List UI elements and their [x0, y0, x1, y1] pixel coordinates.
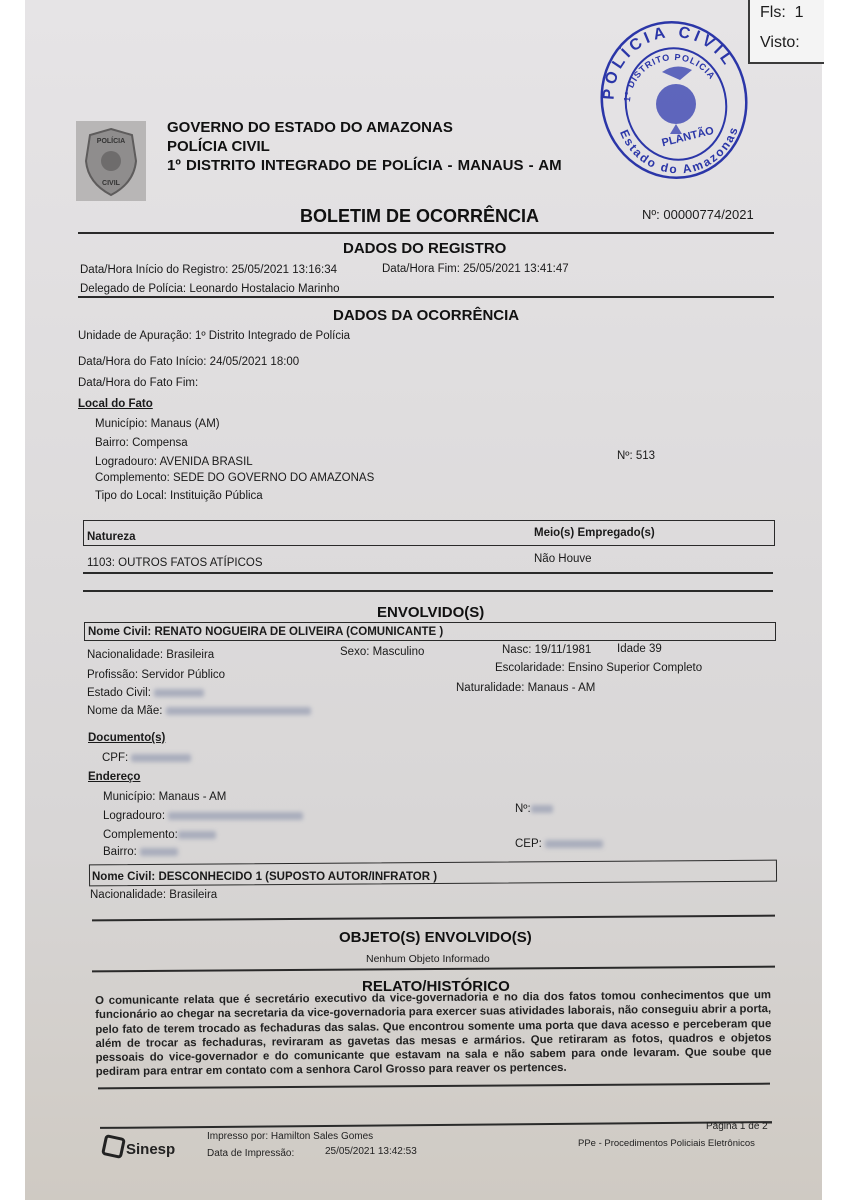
- local-municipio: Município: Manaus (AM): [95, 418, 220, 430]
- fls-label: Fls: 1: [760, 4, 804, 22]
- divider: [83, 590, 773, 592]
- redacted-value: [178, 831, 216, 839]
- registro-inicio: Data/Hora Início do Registro: 25/05/2021…: [80, 264, 337, 276]
- footer-impresso-por: Impresso por: Hamilton Sales Gomes: [207, 1131, 373, 1142]
- meios-value: Não Houve: [534, 553, 592, 565]
- header-agency: POLÍCIA CIVIL: [167, 137, 270, 156]
- fato-fim: Data/Hora do Fato Fim:: [78, 377, 198, 389]
- envolvido-1-profissao: Profissão: Servidor Público: [87, 669, 225, 681]
- header-district: 1º DISTRITO INTEGRADO DE POLÍCIA - MANAU…: [167, 156, 562, 175]
- divider: [83, 572, 773, 574]
- meios-header: Meio(s) Empregado(s): [534, 527, 655, 539]
- local-complemento: Complemento: SEDE DO GOVERNO DO AMAZONAS: [95, 472, 374, 484]
- section-title-ocorrencia: DADOS DA OCORRÊNCIA: [333, 307, 519, 324]
- endereco-logradouro: Logradouro:: [103, 810, 303, 822]
- endereco-bairro: Bairro:: [103, 846, 178, 858]
- registro-delegado: Delegado de Polícia: Leonardo Hostalacio…: [80, 283, 340, 295]
- relato-text: O comunicante relata que é secretário ex…: [95, 988, 772, 1080]
- local-numero: Nº: 513: [617, 450, 655, 462]
- envolvido-1-mae: Nome da Mãe:: [87, 705, 311, 717]
- endereco-cep: CEP:: [515, 838, 603, 850]
- local-tipo: Tipo do Local: Instituição Pública: [95, 490, 263, 502]
- endereco-municipio: Município: Manaus - AM: [103, 791, 226, 803]
- endereco-title: Endereço: [88, 771, 140, 783]
- objetos-value: Nenhum Objeto Informado: [366, 953, 490, 965]
- redacted-value: [140, 848, 178, 856]
- endereco-complemento: Complemento:: [103, 829, 216, 841]
- svg-text:CIVIL: CIVIL: [102, 180, 121, 187]
- local-bairro: Bairro: Compensa: [95, 437, 188, 449]
- police-stamp-icon: POLÍCIA CIVIL 1º DISTRITO POLICIAL Estad…: [592, 12, 752, 182]
- envolvido-1-idade: Idade 39: [617, 643, 662, 655]
- document-title: BOLETIM DE OCORRÊNCIA: [300, 206, 539, 227]
- envolvido-1-escolaridade: Escolaridade: Ensino Superior Completo: [495, 662, 702, 674]
- natureza-header-box: [83, 520, 775, 546]
- divider: [78, 296, 774, 298]
- natureza-header: Natureza: [87, 531, 136, 543]
- envolvido-1-nacionalidade: Nacionalidade: Brasileira: [87, 649, 214, 661]
- endereco-numero: Nº:: [515, 803, 553, 815]
- police-badge-icon: POLÍCIA CIVIL: [76, 121, 146, 201]
- envolvido-1-cpf: CPF:: [102, 752, 191, 764]
- redacted-value: [166, 707, 311, 715]
- redacted-value: [131, 754, 191, 762]
- svg-text:PLANTÃO: PLANTÃO: [660, 124, 715, 150]
- folio-box: Fls: 1 Visto:: [748, 0, 824, 64]
- svg-text:POLÍCIA: POLÍCIA: [97, 136, 125, 145]
- section-title-registro: DADOS DO REGISTRO: [343, 240, 506, 257]
- redacted-value: [531, 805, 553, 813]
- section-title-objetos: OBJETO(S) ENVOLVIDO(S): [339, 929, 532, 946]
- document-number: Nº: 00000774/2021: [642, 207, 754, 222]
- envolvido-1-nascimento: Nasc: 19/11/1981: [502, 644, 591, 656]
- divider: [78, 232, 774, 234]
- envolvido-1-sexo: Sexo: Masculino: [340, 646, 424, 658]
- header-government: GOVERNO DO ESTADO DO AMAZONAS: [167, 118, 453, 137]
- footer-pagina: Página 1 de 2: [706, 1121, 768, 1132]
- envolvido-1-estado-civil: Estado Civil:: [87, 687, 204, 699]
- sinesp-logo: Sinesp: [103, 1136, 175, 1158]
- envolvido-2-nacionalidade: Nacionalidade: Brasileira: [90, 889, 217, 901]
- sinesp-logo-icon: [101, 1134, 126, 1159]
- redacted-value: [168, 812, 303, 820]
- redacted-value: [545, 840, 603, 848]
- footer-data-impressao-label: Data de Impressão:: [207, 1148, 294, 1159]
- section-title-envolvidos: ENVOLVIDO(S): [377, 604, 484, 621]
- envolvido-2-nome: Nome Civil: DESCONHECIDO 1 (SUPOSTO AUTO…: [92, 871, 437, 883]
- redacted-value: [154, 689, 204, 697]
- local-fato-title: Local do Fato: [78, 398, 153, 410]
- police-badge-logo: POLÍCIA CIVIL: [76, 121, 146, 201]
- natureza-value: 1103: OUTROS FATOS ATÍPICOS: [87, 557, 263, 569]
- footer-sistema: PPe - Procedimentos Policiais Eletrônico…: [578, 1138, 755, 1149]
- visto-label: Visto:: [760, 34, 800, 52]
- unidade-apuracao: Unidade de Apuração: 1º Distrito Integra…: [78, 330, 350, 342]
- footer-data-impressao-value: 25/05/2021 13:42:53: [325, 1146, 417, 1157]
- envolvido-1-nome: Nome Civil: RENATO NOGUEIRA DE OLIVEIRA …: [88, 626, 443, 638]
- envolvido-1-naturalidade: Naturalidade: Manaus - AM: [456, 682, 595, 694]
- registro-fim: Data/Hora Fim: 25/05/2021 13:41:47: [382, 263, 569, 275]
- documentos-title: Documento(s): [88, 732, 165, 744]
- local-logradouro: Logradouro: AVENIDA BRASIL: [95, 456, 253, 468]
- fato-inicio: Data/Hora do Fato Início: 24/05/2021 18:…: [78, 356, 299, 368]
